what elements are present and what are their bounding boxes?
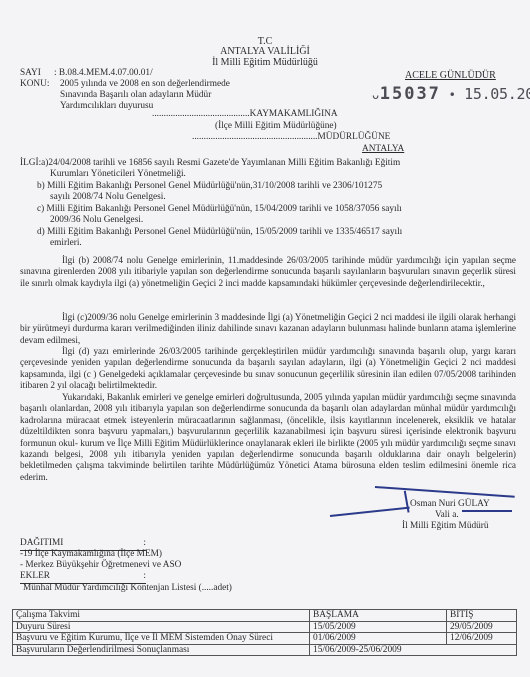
ref-c-line-1: c) Milli Eğitim Bakanlığı Personel Genel… xyxy=(37,204,402,216)
distribution-item: -19 İlçe Kaymakamlığına (İlçe MEM) xyxy=(20,549,162,561)
header-directorate: İl Milli Eğitim Müdürlüğü xyxy=(0,57,530,68)
ref-c-line-2: 2009/36 Nolu Genelgesi. xyxy=(50,215,143,227)
stamp-number: 15037 xyxy=(380,84,441,104)
ref-b-line-2: sayılı 2008/74 Nolu Genelgesi. xyxy=(50,192,166,204)
signatory-title: Vali a. xyxy=(435,510,459,522)
konu-line-1: 2005 yılında ve 2008 en son değerlendirm… xyxy=(60,79,230,91)
addressee-city: ANTALYA xyxy=(362,144,404,156)
row-start: 15/05/2009 xyxy=(310,621,447,633)
body-paragraph-4: Yukarıdaki, Bakanlık emirleri ve genelge… xyxy=(20,392,516,483)
row-end: 12/06/2009 xyxy=(447,633,517,645)
registry-stamp: ᴗ15037 • 15.05.2009 xyxy=(372,84,530,104)
sayi-label: SAYI xyxy=(20,68,41,80)
stamp-mark-icon: ᴗ xyxy=(372,88,380,102)
addressee-line-1: ........................................… xyxy=(152,109,338,121)
signatory-name: Osman Nuri GÜLAY xyxy=(410,499,490,511)
body-paragraph-1: İlgi (b) 2008/74 nolu Genelge emirlerini… xyxy=(20,255,516,289)
attachments-heading: EKLER: xyxy=(20,571,146,584)
ref-d-line-2: emirleri. xyxy=(50,238,82,250)
konu-line-3: Yardımcılıkları duyurusu xyxy=(60,101,153,113)
addressee-line-3: ........................................… xyxy=(192,132,390,144)
body-paragraph-2: İlgi (c)2009/36 nolu Genelge emirlerinin… xyxy=(20,312,516,346)
stamp-date: 15.05.2009 xyxy=(464,85,530,103)
row-label: Duyuru Süresi xyxy=(13,621,310,633)
header-calendar: Çalışma Takvimi xyxy=(13,610,310,622)
sayi-value: : B.08.4.MEM.4.07.00.01/ xyxy=(54,68,153,80)
signature-stroke xyxy=(404,491,409,513)
header-end: BİTİŞ xyxy=(447,610,517,622)
row-label: Başvuru ve Eğitim Kurumu, İlçe ve İl MEM… xyxy=(13,633,310,645)
table-row: Başvuruların Değerlendirilmesi Sonuçlanm… xyxy=(13,644,517,656)
addressee-line-2: (İlçe Milli Eğitim Müdürlüğüne) xyxy=(215,121,337,133)
konu-label: KONU: xyxy=(20,79,49,91)
ref-d-line-1: d) Milli Eğitim Bakanlığı Personel Genel… xyxy=(37,227,402,239)
header-start: BAŞLAMA xyxy=(310,610,447,622)
row-period: 15/06/2009-25/06/2009 xyxy=(310,644,517,656)
konu-line-2: Sınavında Başarılı olan adayların Müdür xyxy=(60,90,211,102)
signature-stroke xyxy=(330,507,410,517)
row-start: 01/06/2009 xyxy=(310,633,447,645)
signatory-office: İl Milli Eğitim Müdürü xyxy=(402,521,489,533)
row-end: 29/05/2009 xyxy=(447,621,517,633)
official-letter: T.C ANTALYA VALİLİĞİ İl Milli Eğitim Müd… xyxy=(0,0,530,677)
signature-stroke xyxy=(375,486,515,497)
attachment-item: Münhal Müdür Yardımcılığı Kontenjan List… xyxy=(23,583,232,595)
distribution-item: - Merkez Büyükşehir Öğretmenevi ve ASO xyxy=(20,560,181,572)
row-label: Başvuruların Değerlendirilmesi Sonuçlanm… xyxy=(13,644,310,656)
stamp-bullet-icon: • xyxy=(441,88,464,102)
header-governorship: ANTALYA VALİLİĞİ xyxy=(0,46,530,57)
body-paragraph-3: İlgi (d) yazı emirlerinde 26/03/2005 tar… xyxy=(20,346,516,392)
work-calendar-table: Çalışma Takvimi BAŞLAMA BİTİŞ Duyuru Sür… xyxy=(12,609,517,656)
ref-a-line-1: İLGİ:a)24/04/2008 tarihli ve 16856 sayıl… xyxy=(20,158,400,170)
table-row: Başvuru ve Eğitim Kurumu, İlçe ve İl MEM… xyxy=(13,633,517,645)
ref-b-line-1: b) Milli Eğitim Bakanlığı Personel Genel… xyxy=(37,181,382,193)
table-row: Duyuru Süresi 15/05/2009 29/05/2009 xyxy=(13,621,517,633)
urgency-label: ACELE GÜNLÜDÜR xyxy=(405,70,496,82)
ref-a-line-2: Kurumları Yöneticileri Yönetmeliği. xyxy=(50,169,186,181)
table-header-row: Çalışma Takvimi BAŞLAMA BİTİŞ xyxy=(13,610,517,622)
